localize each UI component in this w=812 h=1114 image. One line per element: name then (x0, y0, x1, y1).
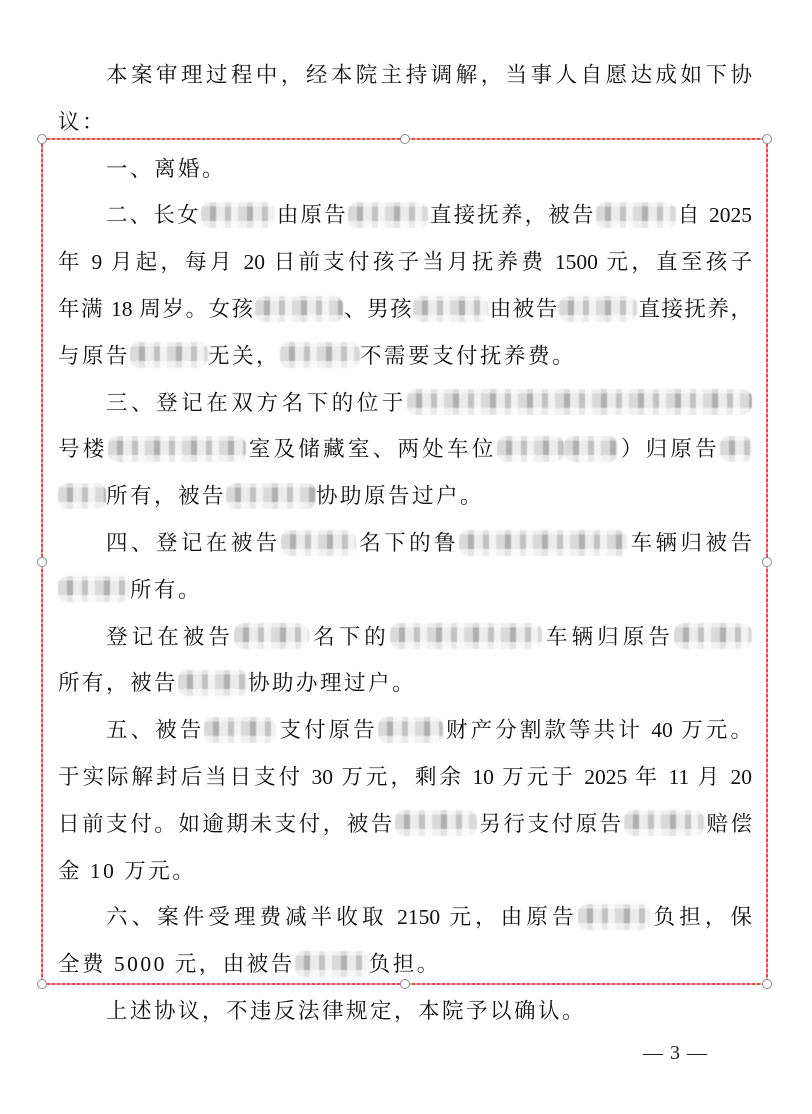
text-segment: 上述协议，不违反法律规定，本院予以确认。 (106, 999, 586, 1023)
selected-text-box[interactable] (42, 139, 767, 984)
resize-handle-top-center[interactable] (400, 134, 410, 144)
resize-handle-top-right[interactable] (762, 134, 772, 144)
page-number: — 3 — (643, 1040, 708, 1066)
resize-handle-bottom-left[interactable] (37, 979, 47, 989)
resize-handle-bottom-center[interactable] (400, 979, 410, 989)
text-line: 本案审理过程中，经本院主持调解，当事人自愿达成如下协 (58, 52, 752, 99)
text-segment: 议： (58, 110, 106, 134)
resize-handle-bottom-right[interactable] (762, 979, 772, 989)
resize-handle-top-left[interactable] (37, 134, 47, 144)
text-segment: 本案审理过程中，经本院主持调解，当事人自愿达成如下协 (106, 63, 752, 87)
text-line: 上述协议，不违反法律规定，本院予以确认。 (58, 988, 752, 1035)
resize-handle-middle-right[interactable] (762, 557, 772, 567)
resize-handle-middle-left[interactable] (37, 557, 47, 567)
